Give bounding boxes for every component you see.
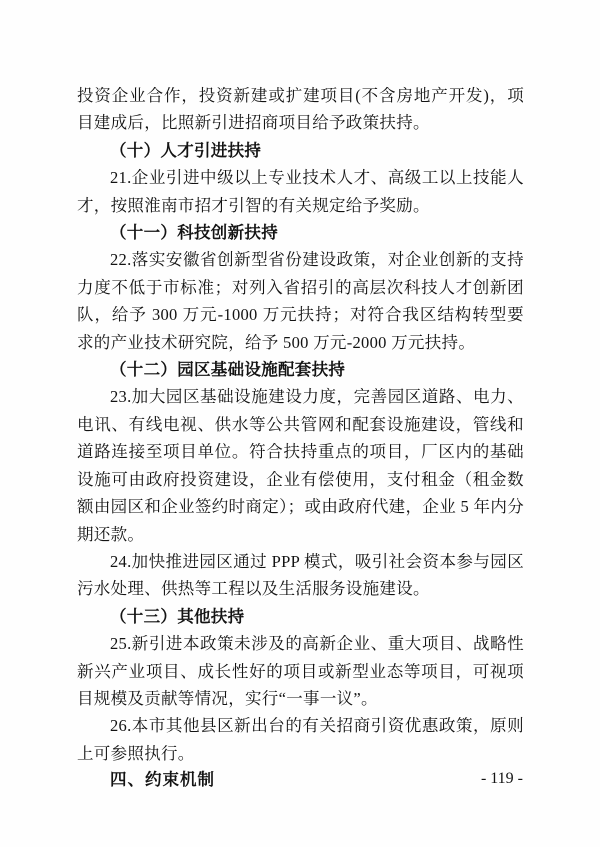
paragraph: 投资企业合作，投资新建或扩建项目(不含房地产开发)，项目建成后，比照新引进招商项… xyxy=(77,82,524,137)
document-body: 投资企业合作，投资新建或扩建项目(不含房地产开发)，项目建成后，比照新引进招商项… xyxy=(77,82,524,795)
section-heading: （十）人才引进扶持 xyxy=(77,137,524,164)
section-heading: （十一）科技创新扶持 xyxy=(77,219,524,246)
paragraph: 23.加大园区基础设施建设力度，完善园区道路、电力、电讯、有线电视、供水等公共管… xyxy=(77,383,524,547)
section-heading: （十二）园区基础设施配套扶持 xyxy=(77,356,524,383)
paragraph: 25.新引进本政策未涉及的高新企业、重大项目、战略性新兴产业项目、成长性好的项目… xyxy=(77,630,524,712)
paragraph: 24.加快推进园区通过 PPP 模式，吸引社会资本参与园区污水处理、供热等工程以… xyxy=(77,548,524,603)
paragraph: 21.企业引进中级以上专业技术人才、高级工以上技能人才，按照淮南市招才引智的有关… xyxy=(77,164,524,219)
chapter-heading: 四、约束机制 xyxy=(77,767,524,794)
paragraph: 26.本市其他县区新出台的有关招商引资优惠政策，原则上可参照执行。 xyxy=(77,712,524,767)
document-page: 投资企业合作，投资新建或扩建项目(不含房地产开发)，项目建成后，比照新引进招商项… xyxy=(0,0,600,847)
section-heading: （十三）其他扶持 xyxy=(77,603,524,630)
paragraph: 22.落实安徽省创新型省份建设政策，对企业创新的支持力度不低于市标准；对列入省招… xyxy=(77,246,524,356)
page-number: - 119 - xyxy=(481,769,523,789)
